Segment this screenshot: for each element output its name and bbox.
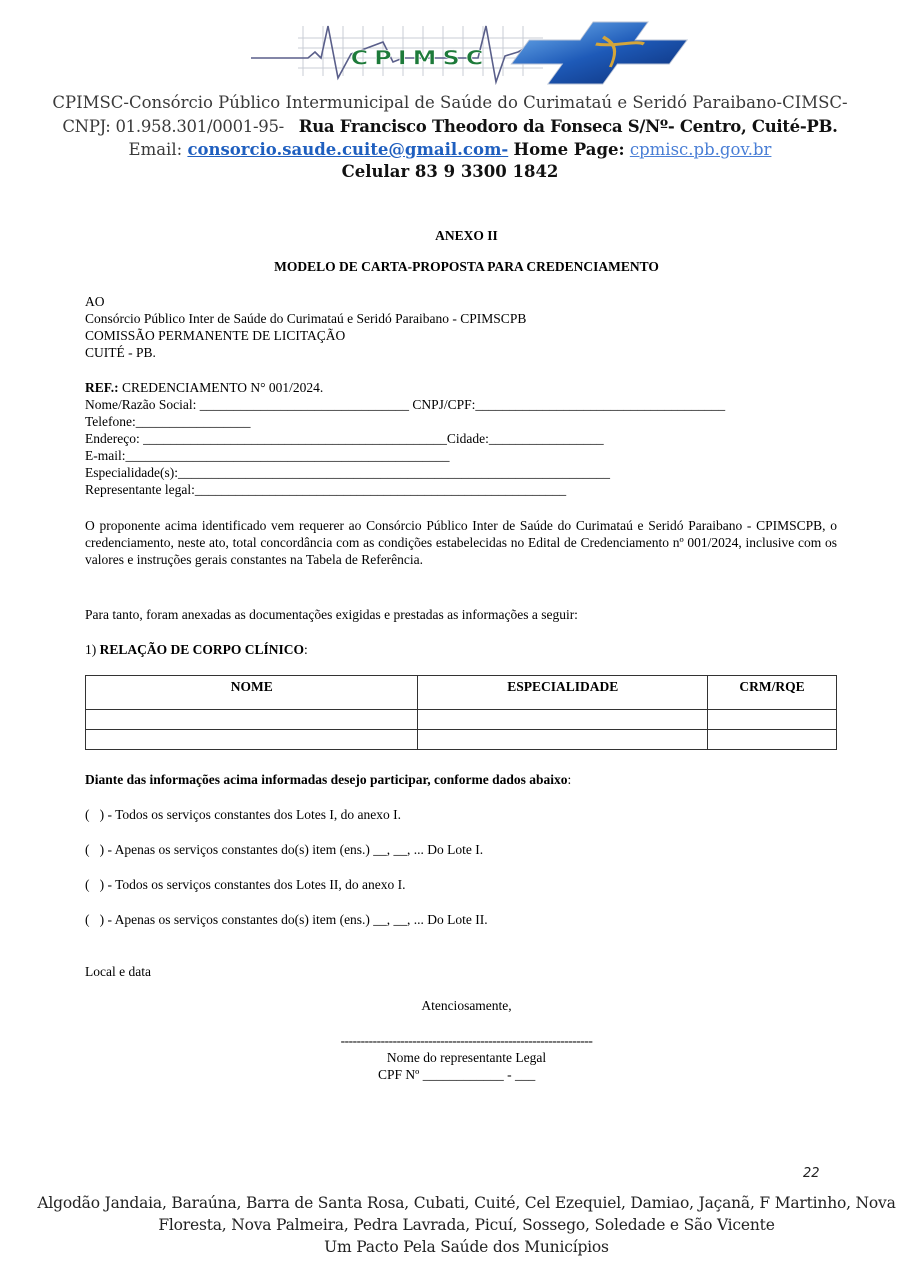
- homepage-link[interactable]: cpmisc.pb.gov.br: [630, 140, 772, 159]
- signature-cpf[interactable]: CPF Nº ____________ - ___: [378, 1066, 535, 1083]
- cpimsc-logo: CPIMSC: [243, 14, 703, 92]
- column-header-nome: NOME: [86, 676, 418, 710]
- email-label: Email:: [129, 140, 183, 159]
- option-1[interactable]: ( ) - Todos os serviços constantes dos L…: [85, 806, 401, 823]
- signature-name: Nome do representante Legal: [300, 1049, 633, 1066]
- cell-especialidade[interactable]: [418, 710, 708, 730]
- column-header-crm-rqe: CRM/RQE: [708, 676, 837, 710]
- cnpj-address-line: CNPJ: 01.958.301/0001-95- Rua Francisco …: [0, 117, 900, 137]
- phone: Celular 83 9 3300 1842: [0, 162, 900, 182]
- section-1-heading: 1) RELAÇÃO DE CORPO CLÍNICO:: [85, 641, 308, 658]
- phone-row: Telefone:_________________: [85, 413, 845, 430]
- option-2[interactable]: ( ) - Apenas os serviços constantes do(s…: [85, 841, 483, 858]
- phone-label: Telefone:: [85, 414, 136, 429]
- cell-crm-rqe[interactable]: [708, 730, 837, 750]
- email-row: E-mail:_________________________________…: [85, 447, 845, 464]
- option-4[interactable]: ( ) - Apenas os serviços constantes do(s…: [85, 911, 488, 928]
- email-link[interactable]: consorcio.saude.cuite@gmail.com-: [187, 140, 508, 159]
- specialty-field[interactable]: ________________________________________…: [178, 465, 610, 480]
- local-date: Local e data: [85, 963, 151, 980]
- cnpj-label: CNPJ/CPF:: [412, 397, 475, 412]
- email-field[interactable]: ________________________________________…: [126, 448, 450, 463]
- city-label: Cidade:: [447, 431, 489, 446]
- addressee-line: AO: [85, 293, 526, 310]
- city-field[interactable]: _________________: [489, 431, 604, 446]
- homepage-label: Home Page:: [514, 140, 625, 159]
- table-row: [86, 710, 837, 730]
- specialty-label: Especialidade(s):: [85, 465, 178, 480]
- cell-crm-rqe[interactable]: [708, 710, 837, 730]
- municipalities-line-2: Floresta, Nova Palmeira, Pedra Lavrada, …: [0, 1214, 900, 1236]
- colon: :: [304, 642, 308, 657]
- closing: Atenciosamente,: [300, 997, 633, 1014]
- address: Rua Francisco Theodoro da Fonseca S/Nº- …: [299, 117, 838, 136]
- contact-line: Email: consorcio.saude.cuite@gmail.com- …: [0, 140, 900, 160]
- phone-text: Celular 83 9 3300 1842: [342, 162, 559, 181]
- specialty-row: Especialidade(s):_______________________…: [85, 464, 845, 481]
- section-title: RELAÇÃO DE CORPO CLÍNICO: [100, 642, 304, 657]
- cell-nome[interactable]: [86, 710, 418, 730]
- cell-nome[interactable]: [86, 730, 418, 750]
- section-number: 1): [85, 642, 96, 657]
- table-header-row: NOME ESPECIALIDADE CRM/RQE: [86, 676, 837, 710]
- address-label: Endereço:: [85, 431, 140, 446]
- option-3[interactable]: ( ) - Todos os serviços constantes dos L…: [85, 876, 406, 893]
- address-field[interactable]: ________________________________________…: [143, 431, 447, 446]
- document-title: MODELO DE CARTA-PROPOSTA PARA CREDENCIAM…: [0, 259, 900, 275]
- municipalities-line-1: Algodão Jandaia, Baraúna, Barra de Santa…: [0, 1192, 900, 1214]
- cnpj-field[interactable]: _____________________________________: [475, 397, 725, 412]
- email-label: E-mail:: [85, 448, 126, 463]
- ref-label: REF.:: [85, 380, 119, 395]
- ref-value: CREDENCIAMENTO N° 001/2024.: [122, 380, 323, 395]
- org-line: CPIMSC-Consórcio Público Intermunicipal …: [0, 93, 900, 113]
- representative-field[interactable]: ________________________________________…: [195, 482, 566, 497]
- request-paragraph: O proponente acima identificado vem requ…: [85, 517, 837, 568]
- name-cnpj-row: Nome/Razão Social: _____________________…: [85, 396, 845, 413]
- cnpj: CNPJ: 01.958.301/0001-95-: [62, 117, 284, 136]
- options-intro: Diante das informações acima informadas …: [85, 771, 571, 788]
- cell-especialidade[interactable]: [418, 730, 708, 750]
- options-intro-text: Diante das informações acima informadas …: [85, 772, 567, 787]
- clinical-staff-table: NOME ESPECIALIDADE CRM/RQE: [85, 675, 837, 750]
- logo-text: CPIMSC: [351, 48, 490, 70]
- motto: Um Pacto Pela Saúde dos Municípios: [0, 1236, 900, 1258]
- table-row: [86, 730, 837, 750]
- colon: :: [567, 772, 571, 787]
- addressee-line: COMISSÃO PERMANENTE DE LICITAÇÃO: [85, 327, 526, 344]
- representative-label: Representante legal:: [85, 482, 195, 497]
- name-label: Nome/Razão Social:: [85, 397, 196, 412]
- phone-field[interactable]: _________________: [136, 414, 251, 429]
- representative-row: Representante legal:____________________…: [85, 481, 845, 498]
- name-field[interactable]: _______________________________: [200, 397, 409, 412]
- addressee-line: CUITÉ - PB.: [85, 344, 526, 361]
- page-number: 22: [803, 1166, 820, 1181]
- attachments-intro: Para tanto, foram anexadas as documentaç…: [85, 606, 578, 623]
- reference: REF.: CREDENCIAMENTO N° 001/2024.: [85, 379, 845, 396]
- column-header-especialidade: ESPECIALIDADE: [418, 676, 708, 710]
- signature-line: ----------------------------------------…: [300, 1032, 633, 1049]
- addressee-line: Consórcio Público Inter de Saúde do Curi…: [85, 310, 526, 327]
- form-fields: REF.: CREDENCIAMENTO N° 001/2024. Nome/R…: [85, 379, 845, 498]
- annex-title: ANEXO II: [0, 228, 900, 244]
- addressee-block: AO Consórcio Público Inter de Saúde do C…: [85, 293, 526, 361]
- logo-graphic: CPIMSC: [243, 14, 703, 92]
- address-row: Endereço: ______________________________…: [85, 430, 845, 447]
